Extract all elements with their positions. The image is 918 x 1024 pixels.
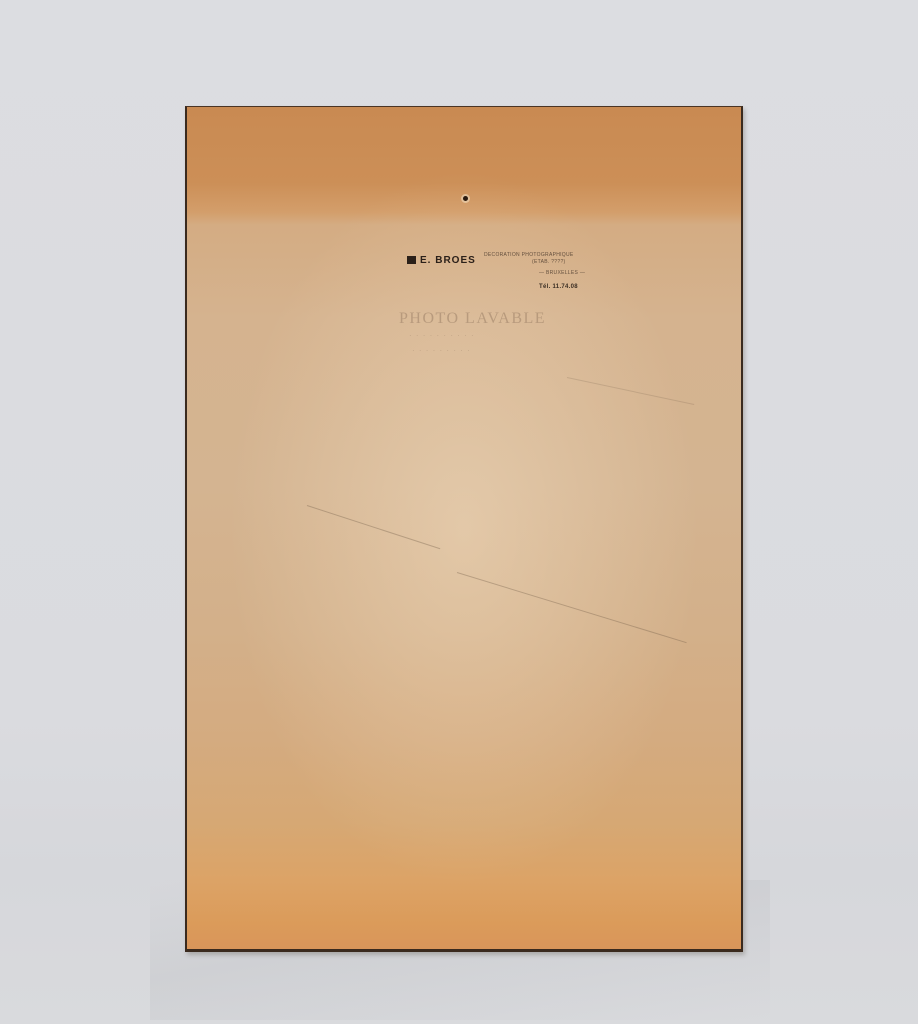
- faded-stamp-title: PHOTO LAVABLE: [399, 310, 546, 328]
- stamp-line-1: DECORATION PHOTOGRAPHIQUE: [484, 252, 574, 258]
- stamp-line-2: (ETAB. ????): [532, 259, 566, 265]
- photographer-stamp: E. BROES: [407, 255, 476, 266]
- faded-stamp-line-2: · · · · · · · · ·: [412, 346, 471, 355]
- photo-mount-back: E. BROES DECORATION PHOTOGRAPHIQUE (ETAB…: [185, 106, 743, 952]
- stamp-initial-mark: [407, 256, 416, 264]
- stamp-city: — BRUXELLES —: [539, 270, 585, 276]
- photographer-name: E. BROES: [420, 255, 476, 266]
- faded-stamp-line-1: · · · · · · · · · ·: [409, 331, 475, 340]
- scratch-mark: [567, 377, 694, 405]
- pin-hole: [463, 196, 468, 201]
- scratch-mark: [307, 505, 440, 549]
- scratch-mark: [457, 572, 687, 643]
- stamp-phone: Tél. 11.74.08: [539, 284, 578, 290]
